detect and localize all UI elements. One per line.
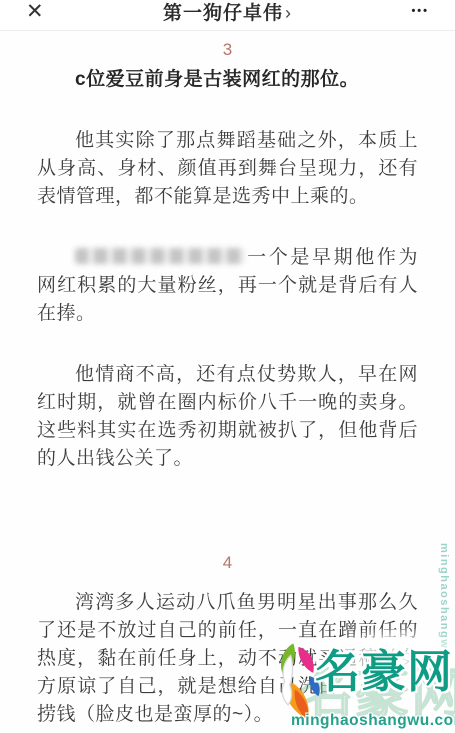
watermark-site-name: 名豪网	[315, 649, 453, 694]
paragraph: 他情商不高，还有点仗势欺人，早在网红时期，就曾在圈内标价八千一晚的卖身。这些料其…	[37, 361, 418, 473]
section-number-4: 4	[37, 551, 418, 575]
paragraph: 他其实除了那点舞蹈基础之外，本质上从身高、身材、颜值再到舞台呈现力，还有表情管理…	[37, 127, 418, 211]
paragraph-text: 捞钱（脸皮也是蛮厚的~）。	[37, 704, 273, 725]
paragraph: c位爱豆前身是古装网红的那位。	[37, 66, 418, 94]
more-options-icon[interactable]: •••	[411, 6, 429, 17]
chevron-right-icon: ›	[285, 3, 292, 23]
close-icon[interactable]: ✕	[26, 1, 44, 22]
article-content: 3 c位爱豆前身是古装网红的那位。 他其实除了那点舞蹈基础之外，本质上从身高、身…	[0, 38, 455, 729]
page-title-text: 第一狗仔卓伟	[163, 3, 283, 24]
watermark-site-url: minghaoshangwu.com	[291, 712, 455, 730]
article-viewer-screen: ✕ 第一狗仔卓伟› ••• 3 c位爱豆前身是古装网红的那位。 他其实除了那点舞…	[0, 0, 455, 733]
section-number-3: 3	[37, 38, 418, 62]
paragraph-with-censored-name: 一个是早期他作为网红积累的大量粉丝，再一个就是背后有人在捧。	[37, 244, 418, 328]
censored-name-blur	[75, 248, 245, 264]
page-title[interactable]: 第一狗仔卓伟›	[44, 0, 412, 25]
header-bar: ✕ 第一狗仔卓伟› •••	[0, 0, 455, 31]
site-watermark: 名豪网 名豪网 minghaoshangwu.com	[269, 635, 455, 733]
